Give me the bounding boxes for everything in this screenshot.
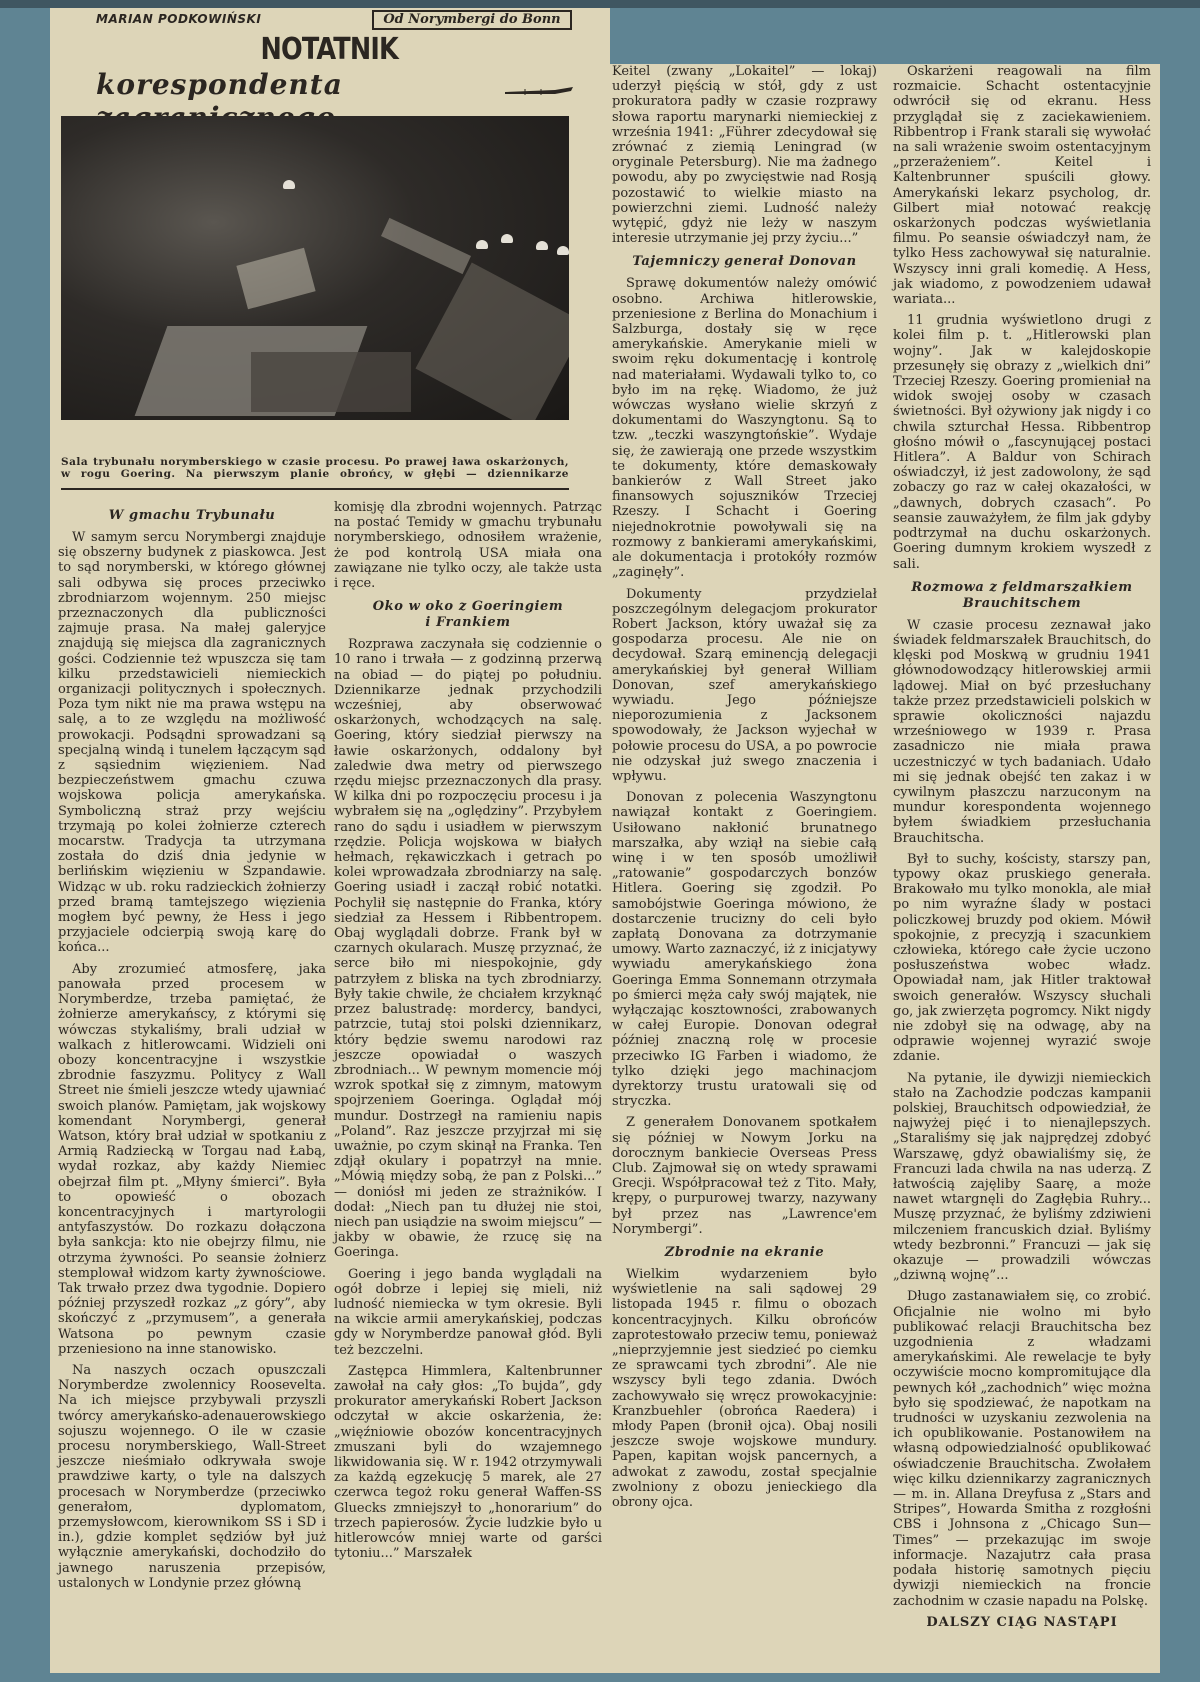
- article-column-1: W gmachu Trybunału W samym sercu Norymbe…: [58, 500, 326, 1597]
- divider: [61, 488, 569, 490]
- to-be-continued: DALSZY CIĄG NASTĄPI: [893, 1615, 1151, 1630]
- photo-caption: Sala trybunału norymberskiego w czasie p…: [61, 456, 569, 480]
- paragraph: Z generałem Donovanem spotkałem się późn…: [612, 1115, 877, 1237]
- paragraph: Rozprawa zaczynała się codziennie o 10 r…: [334, 637, 602, 1260]
- paragraph: Donovan z polecenia Waszyngtonu nawiązał…: [612, 790, 877, 1109]
- paragraph: Dokumenty przydzielał poszczególnym dele…: [612, 587, 877, 785]
- section-heading: Tajemniczy generał Donovan: [612, 254, 877, 270]
- paragraph: Oskarżeni reagowali na film rozmaicie. S…: [893, 64, 1151, 307]
- paragraph: Wielkim wydarzeniem było wyświetlenie na…: [612, 1267, 877, 1510]
- background-strip: [0, 0, 1200, 8]
- section-heading: W gmachu Trybunału: [58, 508, 326, 524]
- series-label: Od Norymbergi do Bonn: [372, 10, 572, 30]
- paragraph: Sprawę dokumentów należy omówić osobno. …: [612, 276, 877, 580]
- article-column-4: Oskarżeni reagowali na film rozmaicie. S…: [893, 64, 1151, 1630]
- author-byline: MARIAN PODKOWIŃSKI: [96, 12, 261, 26]
- section-heading: Zbrodnie na ekranie: [612, 1245, 877, 1261]
- heading-line: Brauchitschem: [963, 596, 1082, 611]
- paragraph: Keitel (zwany „Lokaitel” — lokaj) uderzy…: [612, 64, 877, 246]
- paragraph: Goering i jego banda wyglądali na ogół d…: [334, 1267, 602, 1358]
- paragraph: Na naszych oczach opuszczali Norymberdze…: [58, 1363, 326, 1591]
- heading-line: Rozmowa z feldmarszałkiem: [911, 580, 1132, 595]
- heading-line: i Frankiem: [425, 615, 510, 630]
- section-heading: Oko w oko z Goeringiem i Frankiem: [334, 599, 602, 631]
- article-column-2: komisję dla zbrodni wojennych. Patrząc n…: [334, 500, 602, 1567]
- paragraph: Był to suchy, kościsty, starszy pan, typ…: [893, 852, 1151, 1065]
- paragraph: W samym sercu Norymbergi znajduje się ob…: [58, 530, 326, 956]
- article-column-3: Keitel (zwany „Lokaitel” — lokaj) uderzy…: [612, 64, 877, 1516]
- courtroom-photo: [61, 116, 569, 420]
- paragraph: Zastępca Himmlera, Kaltenbrunner zawołał…: [334, 1364, 602, 1562]
- paragraph: Aby zrozumieć atmosferę, jaka panowała p…: [58, 962, 326, 1357]
- heading-line: Oko w oko z Goeringiem: [373, 599, 564, 614]
- paragraph: komisję dla zbrodni wojennych. Patrząc n…: [334, 500, 602, 591]
- paragraph: W czasie procesu zeznawał jako świadek f…: [893, 618, 1151, 846]
- paragraph: Na pytanie, ile dywizji niemieckich stał…: [893, 1071, 1151, 1284]
- page-title: NOTATNIK: [261, 32, 380, 67]
- paragraph: Długo zastanawiałem się, co zrobić. Ofic…: [893, 1289, 1151, 1608]
- pen-nib-icon: [505, 86, 573, 96]
- section-heading: Rozmowa z feldmarszałkiem Brauchitschem: [893, 580, 1151, 612]
- paragraph: 11 grudnia wyświetlono drugi z kolei fil…: [893, 313, 1151, 571]
